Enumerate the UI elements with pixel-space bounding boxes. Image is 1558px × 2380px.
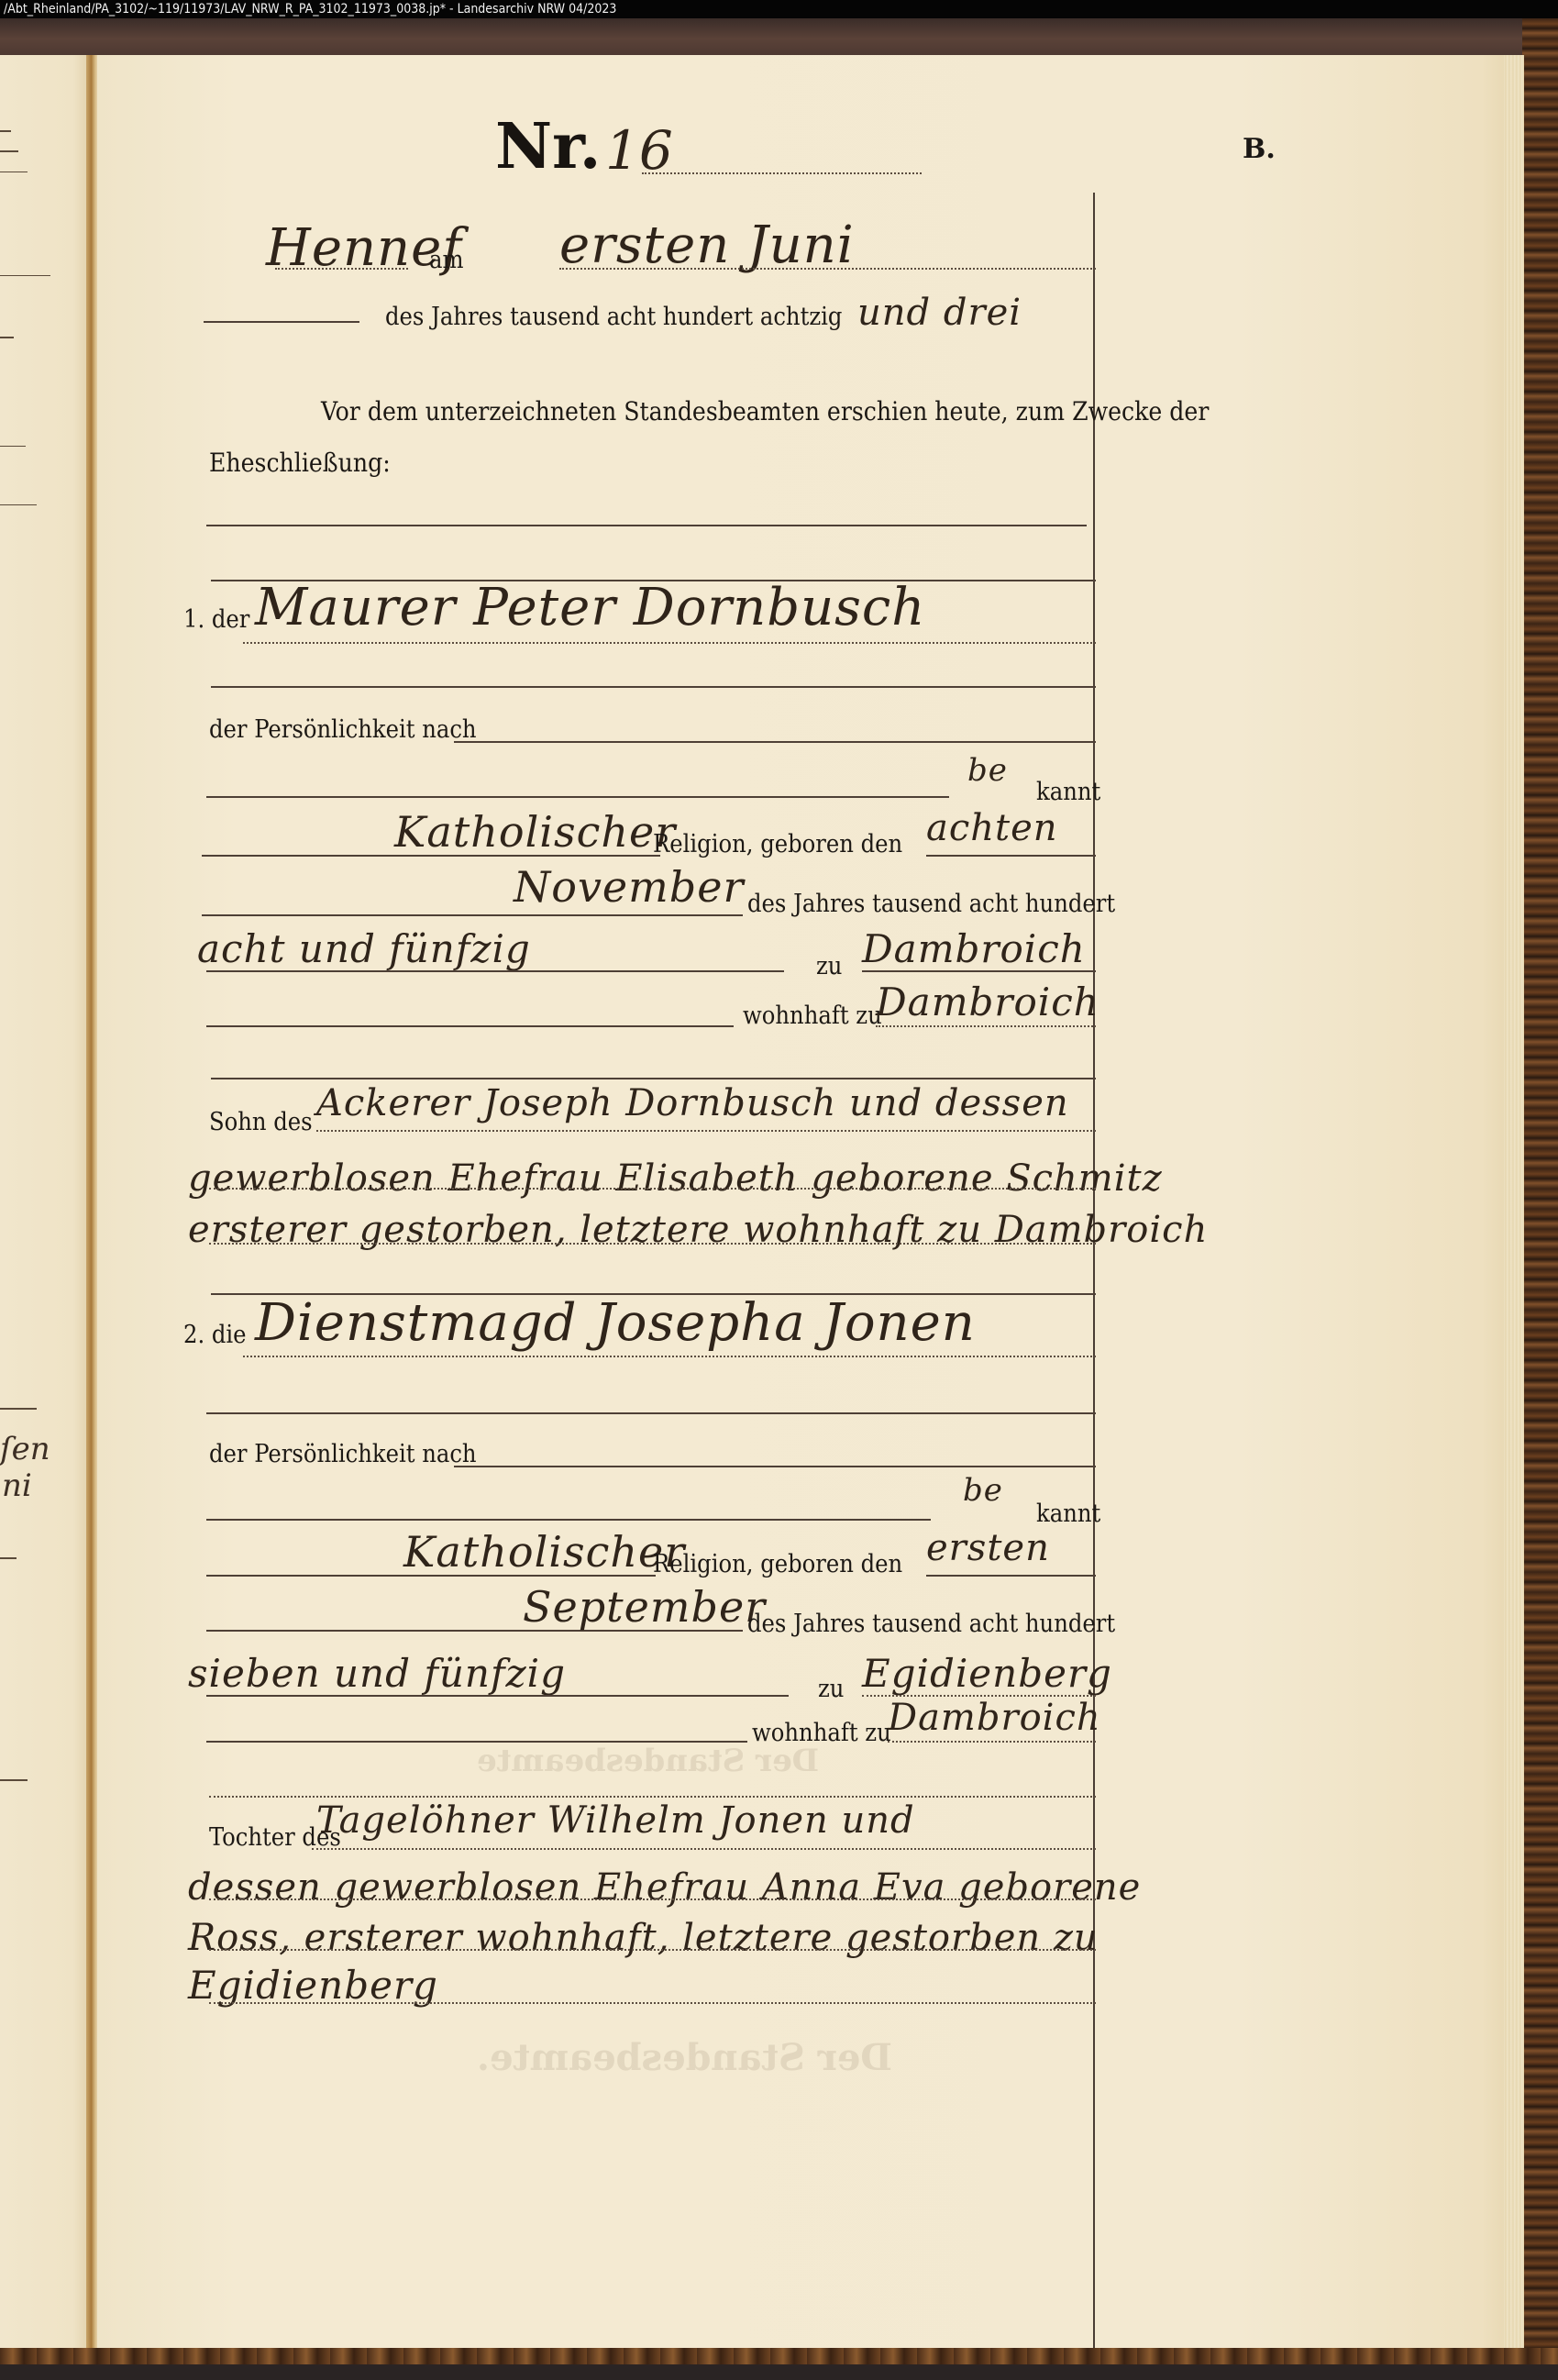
groom-parents-line-1: Ackerer Joseph Dornbusch und dessen: [316, 1082, 1069, 1124]
bride-parents-rule: [209, 1949, 1096, 1951]
blank-line: [206, 1412, 1096, 1414]
groom-residence-line: [876, 1025, 1096, 1027]
blank-line: [211, 1078, 1096, 1079]
place-line: [275, 268, 408, 270]
groom-name-handwritten: Maurer Peter Dornbusch: [255, 578, 925, 637]
groom-birth-place-handwritten: Dambroich: [862, 926, 1086, 971]
page-stack-edge: [1504, 55, 1524, 2348]
intro-line-2: Eheschließung:: [209, 448, 391, 478]
bride-parents-rule: [209, 1898, 1096, 1900]
date-line: [559, 268, 1096, 270]
bride-known-line: [206, 1519, 931, 1521]
bride-residence-handwritten: Dambroich: [888, 1697, 1101, 1739]
groom-birth-year-handwritten: acht und fünfzig: [197, 926, 531, 971]
bleedthrough-text: Der Standesbeamte.: [477, 2036, 892, 2079]
bleedthrough-text: Der Standesbeamte: [477, 1743, 819, 1779]
bride-person-line: [454, 1466, 1096, 1467]
bride-residence-line: [888, 1741, 1096, 1743]
bride-birth-day-line: [926, 1575, 1096, 1577]
bride-religion-printed: Religion, geboren den: [653, 1550, 902, 1578]
bride-parents-line-4: Egidienberg: [188, 1963, 438, 2008]
bride-religion-handwritten: Katholischer: [403, 1527, 685, 1577]
year-line-left: [204, 321, 359, 323]
groom-birth-year-printed: des Jahres tausend acht hundert: [747, 890, 1115, 918]
groom-known-printed: kannt: [1036, 778, 1100, 806]
groom-zu-label: zu: [816, 952, 842, 980]
bride-known-handwritten: be: [963, 1472, 1003, 1509]
bride-residence-line-left: [206, 1741, 747, 1743]
groom-index-label: 1. der: [183, 605, 249, 634]
groom-known-handwritten: be: [967, 752, 1008, 789]
groom-birth-day-handwritten: achten: [926, 807, 1058, 849]
scanner-background: [0, 2364, 1558, 2380]
groom-birth-place-line: [862, 970, 1096, 972]
bride-name-handwritten: Dienstmagd Josepha Jonen: [255, 1293, 976, 1353]
bride-known-printed: kannt: [1036, 1500, 1100, 1528]
bride-parents-line-1: Tagelöhner Wilhelm Jonen und: [316, 1799, 915, 1842]
bride-birth-year-handwritten: sieben und fünfzig: [188, 1651, 566, 1696]
bride-name-line: [243, 1356, 1096, 1357]
bride-parents-line-3: Ross, ersterer wohnhaft, letztere gestor…: [188, 1917, 1099, 1959]
record-number-label: Nr.: [495, 110, 601, 183]
window-title: /Abt_Rheinland/PA_3102/~119/11973/LAV_NR…: [4, 2, 616, 17]
groom-parents-rule: [209, 1188, 1096, 1190]
groom-residence-line-left: [206, 1025, 734, 1027]
groom-birth-day-line: [926, 855, 1096, 857]
groom-birth-year-line: [206, 970, 784, 972]
groom-parents-label: Sohn des: [209, 1108, 313, 1136]
groom-religion-printed: Religion, geboren den: [653, 830, 902, 858]
groom-residence-handwritten: Dambroich: [876, 980, 1099, 1024]
blank-line: [206, 525, 1087, 526]
groom-person-line: [454, 741, 1096, 743]
book-cover-top: [0, 18, 1558, 60]
bride-birth-year-printed: des Jahres tausend acht hundert: [747, 1610, 1115, 1638]
corner-mark: B.: [1243, 133, 1276, 165]
groom-religion-handwritten: Katholischer: [394, 807, 676, 857]
groom-birth-month-line: [202, 914, 743, 916]
groom-birth-month-handwritten: November: [514, 862, 744, 912]
am-label: am: [429, 246, 464, 274]
groom-parents-rule: [316, 1130, 1096, 1132]
year-printed: des Jahres tausend acht hundert achtzig: [385, 303, 842, 331]
blank-line: [209, 1796, 1096, 1798]
groom-person-label: der Persönlichkeit nach: [209, 715, 477, 744]
year-handwritten: und drei: [857, 292, 1022, 334]
bride-person-label: der Persönlichkeit nach: [209, 1440, 477, 1468]
bride-zu-label: zu: [818, 1675, 844, 1703]
groom-parents-line-3: ersterer gestorben, letztere wohnhaft zu…: [188, 1209, 1208, 1251]
bride-birth-place-handwritten: Egidienberg: [862, 1651, 1112, 1696]
bride-birth-year-line: [206, 1695, 789, 1697]
book-cover-right: [1522, 18, 1558, 2380]
left-page: ſen ni: [0, 55, 92, 2348]
bride-birth-day-handwritten: ersten: [926, 1527, 1050, 1569]
groom-parents-line-2: gewerblosen Ehefrau Elisabeth geborene S…: [188, 1157, 1163, 1200]
bride-parents-rule: [209, 2002, 1096, 2004]
left-page-handwriting: ſen: [0, 1431, 50, 1467]
window-title-bar: /Abt_Rheinland/PA_3102/~119/11973/LAV_NR…: [0, 0, 1558, 18]
bride-birth-month-handwritten: September: [523, 1582, 766, 1632]
left-page-handwriting: ni: [2, 1467, 32, 1504]
groom-known-line: [206, 796, 949, 798]
intro-line-1: Vor dem unterzeichneten Standesbeamten e…: [321, 396, 1209, 426]
groom-parents-rule: [209, 1243, 1096, 1245]
margin-rule: [1093, 193, 1095, 2348]
bride-index-label: 2. die: [183, 1321, 247, 1349]
groom-name-line: [243, 642, 1096, 644]
groom-residence-label: wohnhaft zu: [743, 1002, 882, 1030]
bride-residence-label: wohnhaft zu: [752, 1719, 891, 1747]
date-handwritten: ersten Juni: [559, 216, 855, 275]
record-number-line: [642, 172, 922, 174]
bride-parents-line-2: dessen gewerblosen Ehefrau Anna Eva gebo…: [188, 1866, 1141, 1909]
blank-line: [211, 686, 1096, 688]
bride-parents-rule: [312, 1848, 1096, 1850]
